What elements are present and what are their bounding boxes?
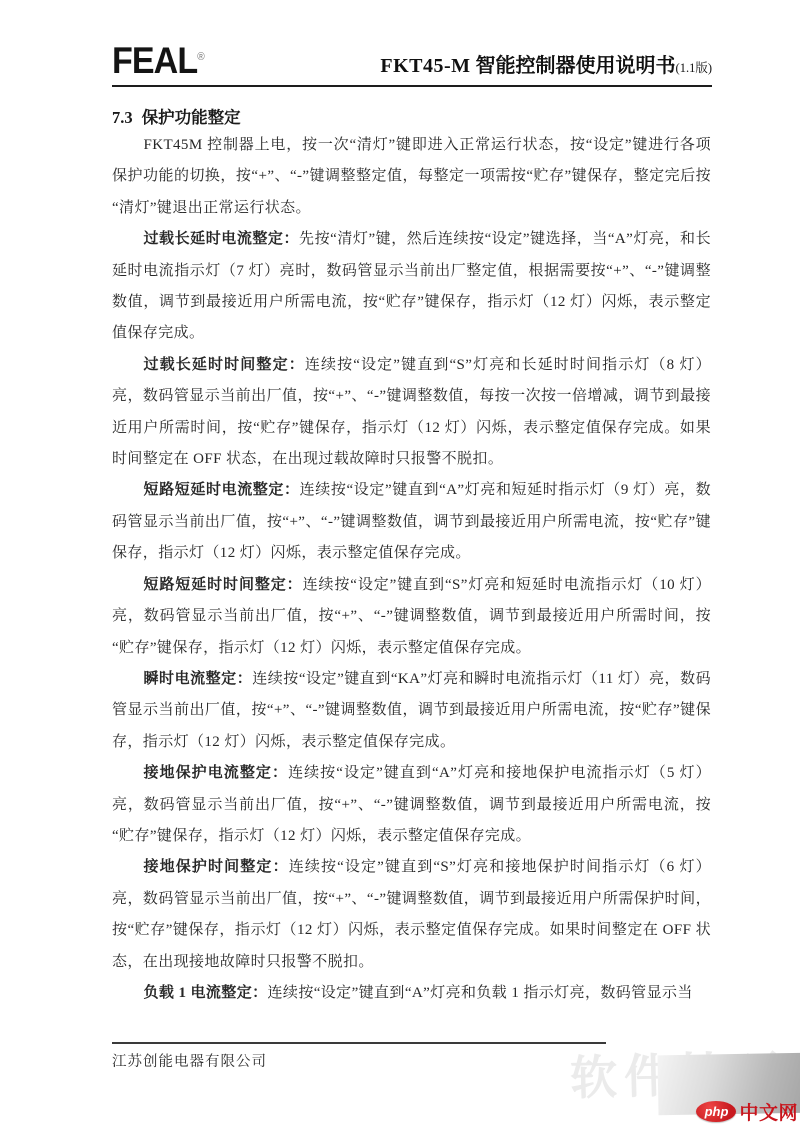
section-title: 保护功能整定 <box>142 108 241 127</box>
paragraph-lead: 接地保护时间整定： <box>144 859 289 875</box>
paragraph-lead: 过载长延时电流整定： <box>144 231 300 247</box>
paragraph: 接地保护时间整定：连续按“设定”键直到“S”灯亮和接地保护时间指示灯（6 灯）亮… <box>112 852 711 978</box>
logo-text: FEAL <box>112 40 197 81</box>
paragraph-lead: 短路短延时时间整定： <box>144 577 303 593</box>
page-footer: 江苏创能电器有限公司 <box>112 1042 606 1071</box>
paragraph-body: FKT45M 控制器上电，按一次“清灯”键即进入正常运行状态，按“设定”键进行各… <box>112 137 711 216</box>
section-number: 7.3 <box>112 108 133 127</box>
paragraph: FKT45M 控制器上电，按一次“清灯”键即进入正常运行状态，按“设定”键进行各… <box>112 130 711 224</box>
model-number: FKT45-M <box>380 55 470 77</box>
paragraph-lead: 负载 1 电流整定： <box>144 985 268 1001</box>
paragraph-body: 连续按“设定”键直到“A”灯亮和负载 1 指示灯亮，数码管显示当 <box>268 985 693 1001</box>
page-header: FEAL® FKT45-M 智能控制器使用说明书(1.1版) <box>112 44 712 87</box>
body-text: FKT45M 控制器上电，按一次“清灯”键即进入正常运行状态，按“设定”键进行各… <box>112 130 711 1009</box>
paragraph: 短路短延时电流整定：连续按“设定”键直到“A”灯亮和短延时指示灯（9 灯）亮，数… <box>112 475 711 569</box>
company-name: 江苏创能电器有限公司 <box>112 1054 267 1070</box>
manual-page: FEAL® FKT45-M 智能控制器使用说明书(1.1版) 7.3保护功能整定… <box>0 0 800 1131</box>
paragraph: 负载 1 电流整定：连续按“设定”键直到“A”灯亮和负载 1 指示灯亮，数码管显… <box>112 978 711 1009</box>
paragraph: 短路短延时时间整定：连续按“设定”键直到“S”灯亮和短延时电流指示灯（10 灯）… <box>112 570 711 664</box>
paragraph-lead: 短路短延时电流整定： <box>144 482 300 498</box>
registered-trademark-icon: ® <box>197 51 204 63</box>
paragraph-body: 先按“清灯”键，然后连续按“设定”键选择，当“A”灯亮，和长延时电流指示灯（7 … <box>112 231 711 341</box>
paragraph-lead: 接地保护电流整定： <box>144 765 289 781</box>
paragraph-body: 连续按“设定”键直到“S”灯亮和长延时时间指示灯（8 灯）亮，数码管显示当前出厂… <box>112 357 711 467</box>
php-logo-icon: php <box>696 1101 736 1122</box>
title-text: 智能控制器使用说明书 <box>476 55 676 77</box>
paragraph-body: 连续按“设定”键直到“S”灯亮和接地保护时间指示灯（6 灯）亮，数码管显示当前出… <box>112 859 711 969</box>
section-heading: 7.3保护功能整定 <box>112 104 712 128</box>
paragraph: 瞬时电流整定：连续按“设定”键直到“KA”灯亮和瞬时电流指示灯（11 灯）亮，数… <box>112 664 711 758</box>
php-site-name: 中文网 <box>739 1098 798 1125</box>
paragraph: 过载长延时电流整定：先按“清灯”键，然后连续按“设定”键选择，当“A”灯亮，和长… <box>112 224 711 350</box>
paragraph: 接地保护电流整定：连续按“设定”键直到“A”灯亮和接地保护电流指示灯（5 灯）亮… <box>112 758 711 852</box>
title-version: (1.1版) <box>676 61 712 75</box>
document-title: FKT45-M 智能控制器使用说明书(1.1版) <box>380 49 712 78</box>
paragraph-lead: 瞬时电流整定： <box>144 671 253 687</box>
paragraph-lead: 过载长延时时间整定： <box>144 357 305 373</box>
paragraph: 过载长延时时间整定：连续按“设定”键直到“S”灯亮和长延时时间指示灯（8 灯）亮… <box>112 350 711 476</box>
feal-logo: FEAL® <box>112 44 205 78</box>
php-cn-brand: php 中文网 <box>696 1098 798 1125</box>
